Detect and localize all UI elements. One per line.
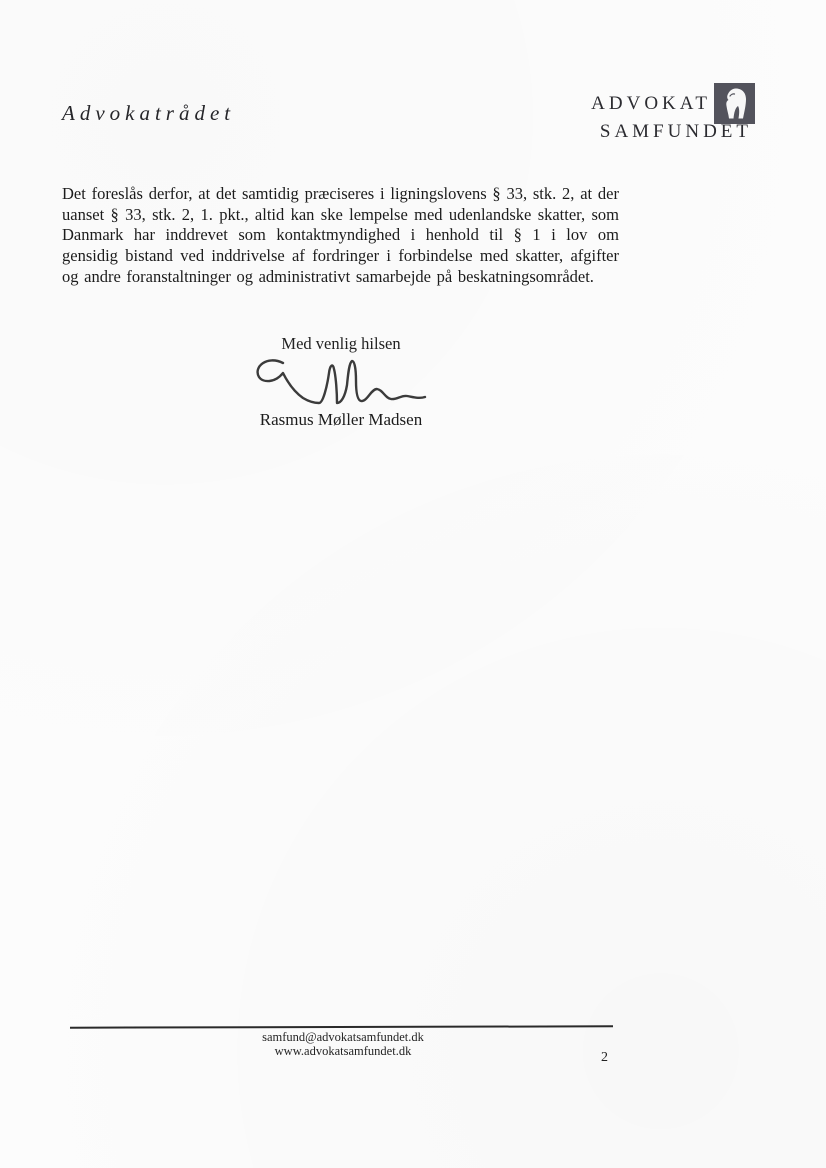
logo-top-row: ADVOKAT	[495, 83, 755, 124]
logo-text-advokat: ADVOKAT	[591, 93, 711, 115]
advokatsamfundet-logo: ADVOKAT SAMFUNDET	[495, 83, 755, 143]
footer-email: samfund@advokatsamfundet.dk	[223, 1030, 463, 1045]
logo-text-samfundet: SAMFUNDET	[495, 121, 755, 143]
footer-divider	[70, 1025, 613, 1028]
letterhead-org-name: Advokatrådet	[62, 101, 235, 126]
page-number: 2	[601, 1050, 608, 1066]
letter-paragraph: Det foreslås derfor, at det samtidig præ…	[62, 184, 619, 288]
closing-salutation: Med venlig hilsen	[252, 334, 430, 354]
footer-website: www.advokatsamfundet.dk	[223, 1044, 463, 1059]
signer-name: Rasmus Møller Madsen	[252, 410, 430, 430]
helmet-icon	[714, 83, 755, 124]
closing-block: Med venlig hilsen Rasmus Møller Madsen	[252, 334, 430, 430]
document-page: Advokatrådet ADVOKAT SAMFUNDET Det fores…	[0, 0, 826, 1168]
handwritten-signature-icon	[253, 357, 429, 409]
